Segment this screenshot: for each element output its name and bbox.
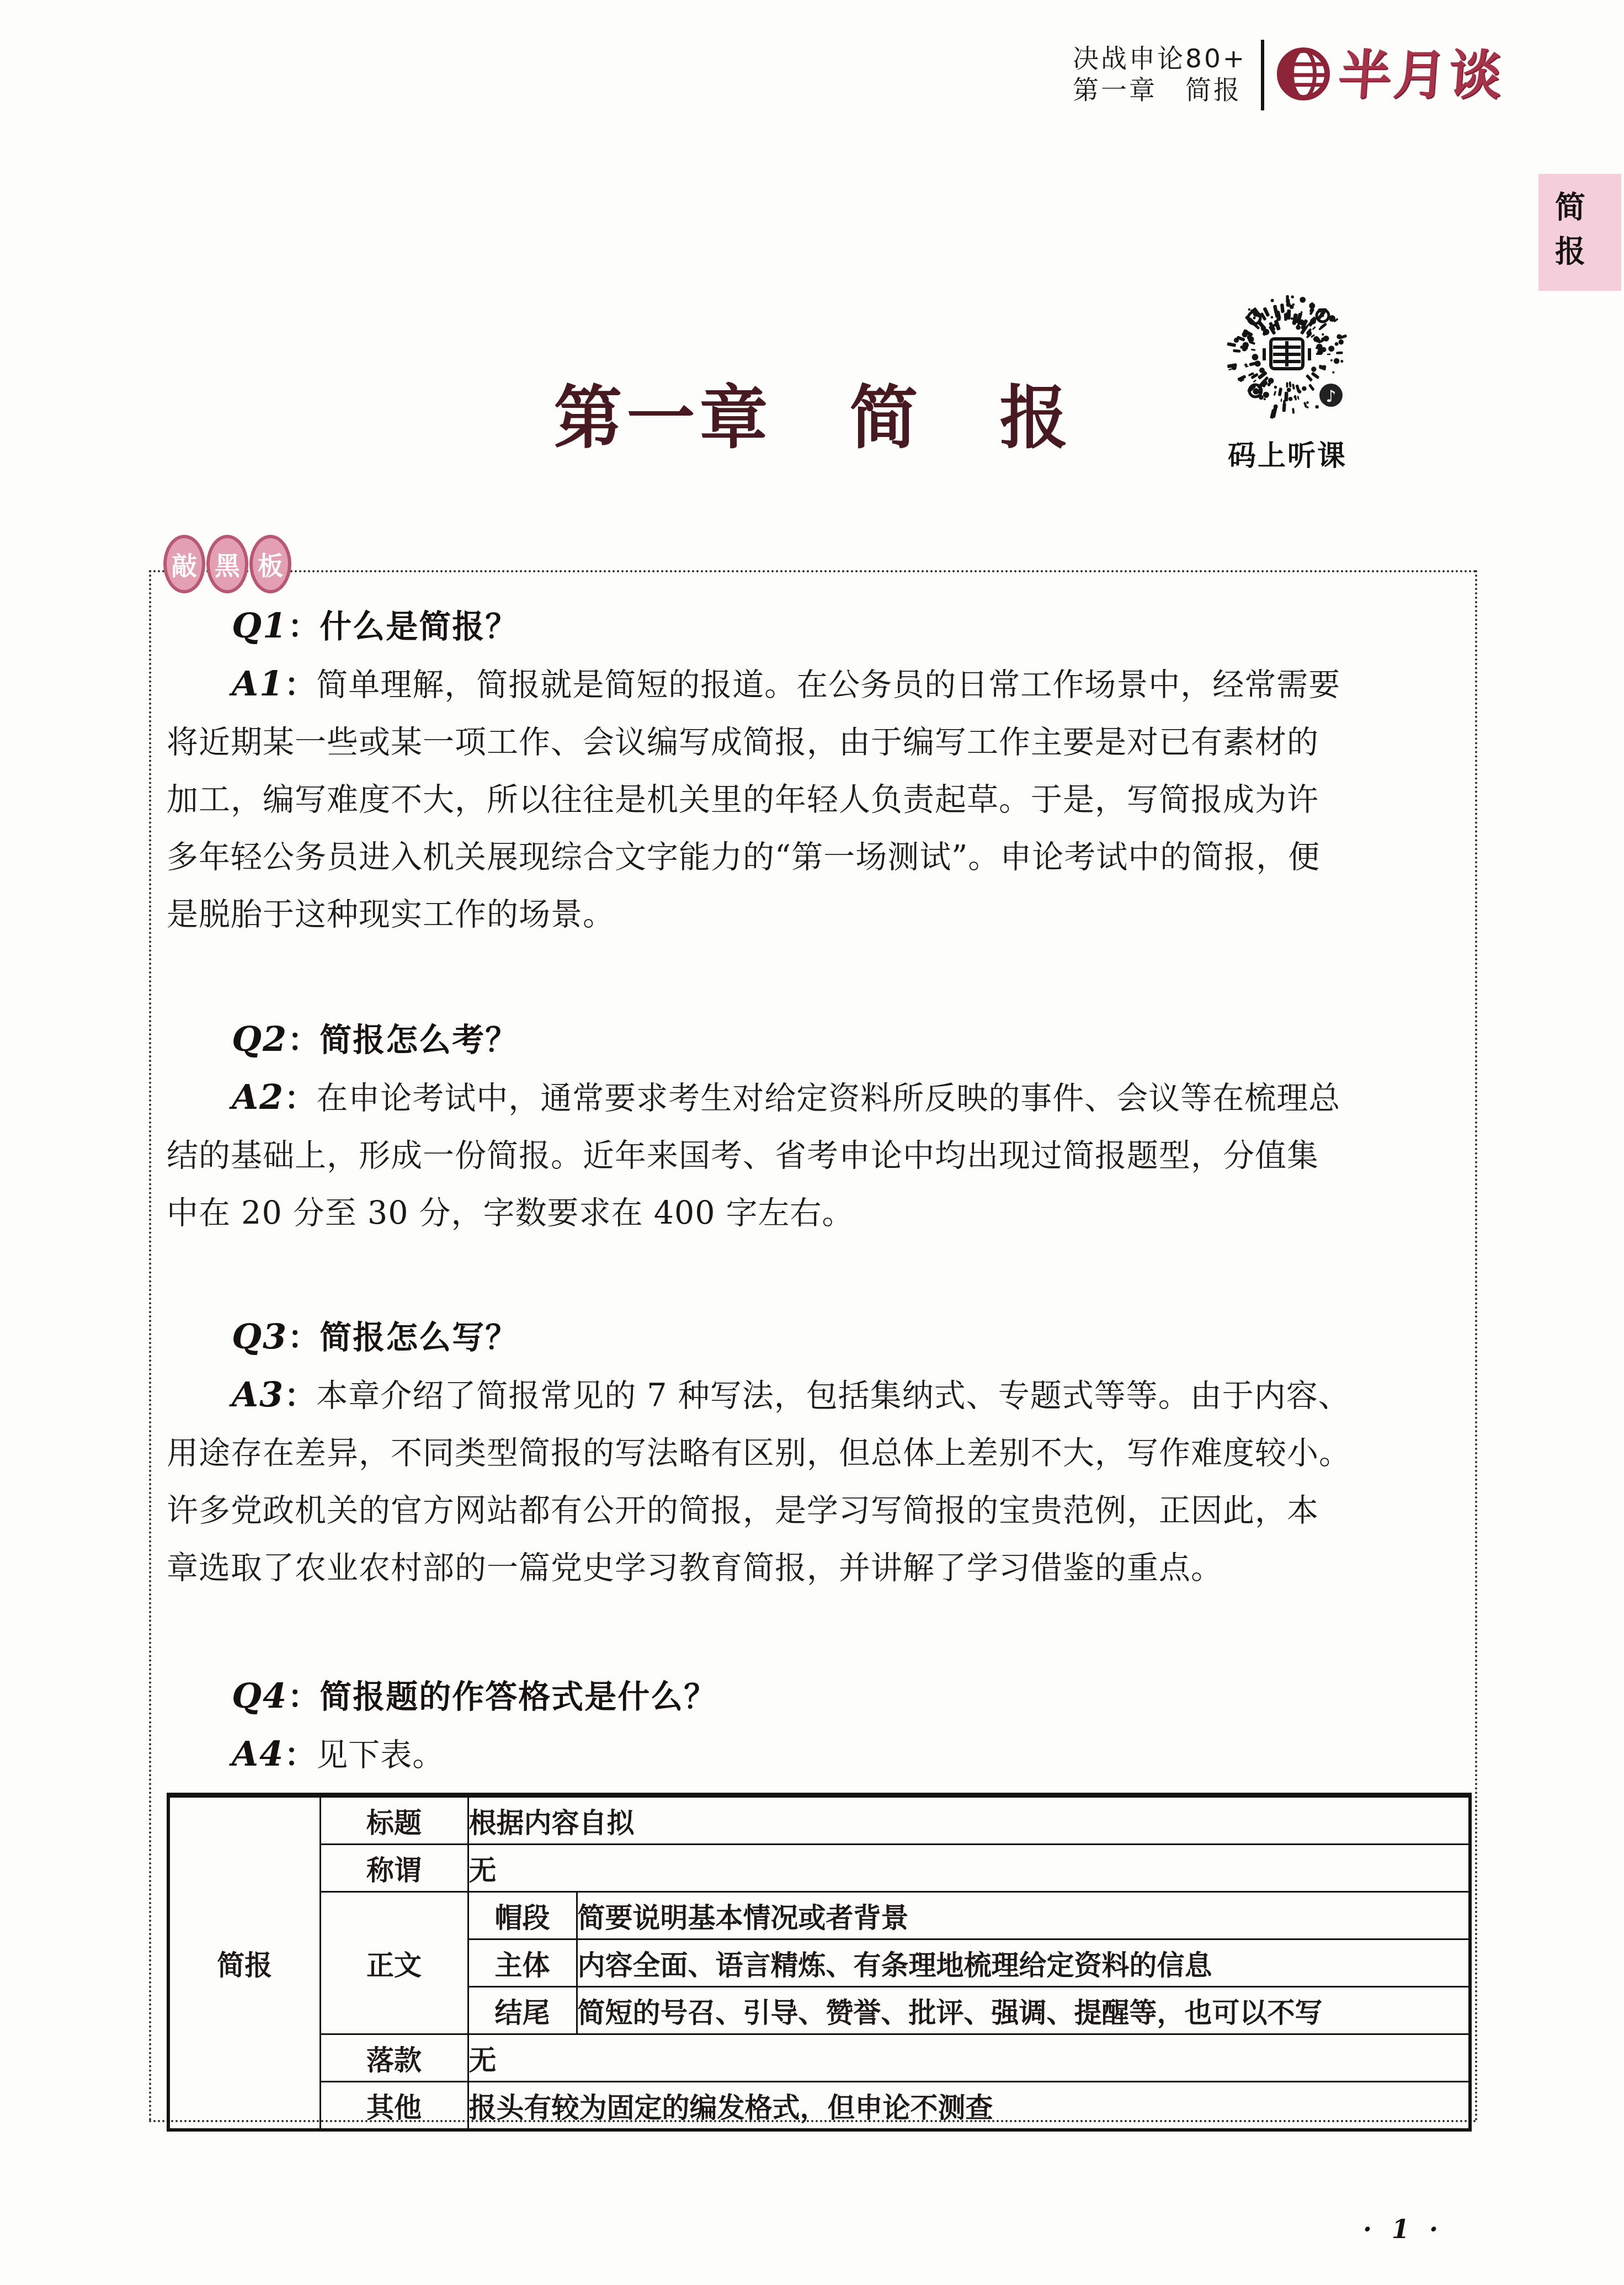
- answer-line: A3：本章介绍了简报常见的 7 种写法，包括集纳式、专题式等等。由于内容、: [167, 1366, 1461, 1425]
- colon: ：: [284, 1080, 316, 1117]
- side-tab-char: 报: [1555, 229, 1585, 273]
- blackboard-box: 敲 黑 板 Q1：什么是简报？A1：简单理解，简报就是简短的报道。在公务员的日常…: [149, 570, 1477, 2122]
- table-row: 称谓无: [168, 1845, 1470, 1892]
- chapter-title-part: 第一章: [553, 378, 772, 458]
- qr-block: ♪ 码上听课: [1221, 290, 1354, 474]
- table-root-label: 简报: [168, 1795, 320, 2130]
- question-label: Q1: [232, 605, 287, 646]
- brand-name: 半月谈: [1337, 47, 1506, 103]
- answer-line: 章选取了农业农村部的一篇党史学习教育简报，并讲解了学习借鉴的重点。: [167, 1539, 1461, 1597]
- question-label: Q4: [232, 1676, 287, 1716]
- question-line: Q2：简报怎么考？: [167, 1011, 1461, 1069]
- colon: ：: [287, 1678, 320, 1715]
- table-row-label: 其他: [320, 2082, 468, 2130]
- side-tab-jianbao: 简 报: [1538, 174, 1621, 291]
- answer-line: A1：简单理解，简报就是简短的报道。在公务员的日常工作场景中，经常需要: [167, 655, 1461, 714]
- table-cell-content: 简短的号召、引导、赞誉、批评、强调、提醒等，也可以不写: [577, 1987, 1470, 2034]
- question-label: Q2: [232, 1019, 287, 1059]
- answer-paragraph: A2：在申论考试中，通常要求考生对给定资料所反映的事件、会议等在梳理总结的基础上…: [167, 1069, 1461, 1242]
- svg-text:♪: ♪: [1325, 387, 1336, 406]
- table-cell-content: 无: [468, 2034, 1470, 2082]
- answer-paragraph: A1：简单理解，简报就是简短的报道。在公务员的日常工作场景中，经常需要将近期某一…: [167, 655, 1461, 943]
- answer-line: A4：见下表。: [167, 1725, 1461, 1784]
- question-line: Q1：什么是简报？: [167, 597, 1461, 655]
- colon: ：: [284, 1378, 316, 1414]
- chapter-breadcrumb: 第一章 简报: [1073, 75, 1247, 107]
- book-title: 决战申论80+: [1073, 44, 1247, 75]
- question-label: Q3: [232, 1316, 287, 1357]
- header-text: 决战申论80+ 第一章 简报: [1073, 44, 1247, 107]
- answer-line: A2：在申论考试中，通常要求考生对给定资料所反映的事件、会议等在梳理总: [167, 1069, 1461, 1127]
- answer-line: 加工，编写难度不大，所以往往是机关里的年轻人负责起草。于是，写简报成为许: [167, 771, 1461, 828]
- format-table: 简报标题根据内容自拟称谓无正文帽段简要说明基本情况或者背景主体内容全面、语言精炼…: [167, 1793, 1472, 2132]
- table-cell-content: 报头有较为固定的编发格式，但申论不测查: [468, 2082, 1470, 2130]
- side-tab-char: 简: [1555, 185, 1585, 229]
- colon: ：: [284, 667, 316, 703]
- answer-paragraph: A3：本章介绍了简报常见的 7 种写法，包括集纳式、专题式等等。由于内容、用途存…: [167, 1366, 1461, 1597]
- table-cell-content: 简要说明基本情况或者背景: [577, 1892, 1470, 1939]
- question-text: 什么是简报？: [320, 608, 518, 645]
- chapter-title-part: 报: [1000, 378, 1073, 458]
- table-cell-content: 内容全面、语言精炼、有条理地梳理给定资料的信息: [577, 1939, 1470, 1987]
- brand-logo: 半月谈: [1276, 47, 1504, 103]
- globe-icon: [1276, 47, 1330, 103]
- table-row-label: 标题: [320, 1795, 468, 1845]
- question-text: 简报怎么考？: [320, 1021, 518, 1059]
- question-text: 简报怎么写？: [320, 1319, 518, 1356]
- question-text: 简报题的作答格式是什么？: [320, 1678, 717, 1715]
- table-row-label: 正文: [320, 1892, 468, 2034]
- answer-label: A2: [232, 1077, 284, 1117]
- table-row: 其他报头有较为固定的编发格式，但申论不测查: [168, 2082, 1470, 2130]
- answer-line: 多年轻公务员进入机关展现综合文字能力的“第一场测试”。申论考试中的简报，便: [167, 828, 1461, 886]
- table-row-label: 落款: [320, 2034, 468, 2082]
- table-subrow-label: 主体: [468, 1939, 577, 1987]
- colon: ：: [287, 1021, 320, 1059]
- qa-content: Q1：什么是简报？A1：简单理解，简报就是简短的报道。在公务员的日常工作场景中，…: [151, 572, 1475, 2120]
- answer-line: 许多党政机关的官方网站都有公开的简报，是学习写简报的宝贵范例，正因此，本: [167, 1482, 1461, 1539]
- colon: ：: [287, 608, 320, 645]
- table-subrow-label: 结尾: [468, 1987, 577, 2034]
- table-row: 简报标题根据内容自拟: [168, 1795, 1470, 1845]
- answer-paragraph: A4：见下表。: [167, 1725, 1461, 1784]
- answer-line: 是脱胎于这种现实工作的场景。: [167, 886, 1461, 943]
- table-cell-content: 根据内容自拟: [468, 1795, 1470, 1845]
- answer-line: 结的基础上，形成一份简报。近年来国考、省考申论中均出现过简报题型，分值集: [167, 1127, 1461, 1184]
- answer-line: 中在 20 分至 30 分，字数要求在 400 字左右。: [167, 1184, 1461, 1242]
- question-line: Q3：简报怎么写？: [167, 1308, 1461, 1366]
- answer-label: A4: [232, 1734, 284, 1774]
- answer-label: A1: [232, 663, 284, 704]
- colon: ：: [284, 1737, 316, 1773]
- answer-line: 将近期某一些或某一项工作、会议编写成简报，由于编写工作主要是对已有素材的: [167, 714, 1461, 771]
- music-note-icon: ♪: [1319, 384, 1343, 407]
- qr-code-icon: ♪: [1222, 290, 1353, 421]
- table-row: 正文帽段简要说明基本情况或者背景: [168, 1892, 1470, 1939]
- table-subrow-label: 帽段: [468, 1892, 577, 1939]
- answer-line: 用途存在差异，不同类型简报的写法略有区别，但总体上差别不大，写作难度较小。: [167, 1425, 1461, 1482]
- chapter-title-part: 简: [849, 378, 922, 458]
- qr-center-emblem: [1264, 339, 1309, 369]
- page-number: · 1 ·: [1363, 2214, 1444, 2244]
- colon: ：: [287, 1319, 320, 1356]
- question-line: Q4：简报题的作答格式是什么？: [167, 1667, 1461, 1725]
- table-row: 落款无: [168, 2034, 1470, 2082]
- table-cell-content: 无: [468, 1845, 1470, 1892]
- page-header: 决战申论80+ 第一章 简报 半月谈: [1073, 40, 1504, 110]
- table-row-label: 称谓: [320, 1845, 468, 1892]
- qr-caption: 码上听课: [1221, 433, 1354, 474]
- header-divider: [1261, 40, 1264, 110]
- answer-label: A3: [232, 1374, 284, 1415]
